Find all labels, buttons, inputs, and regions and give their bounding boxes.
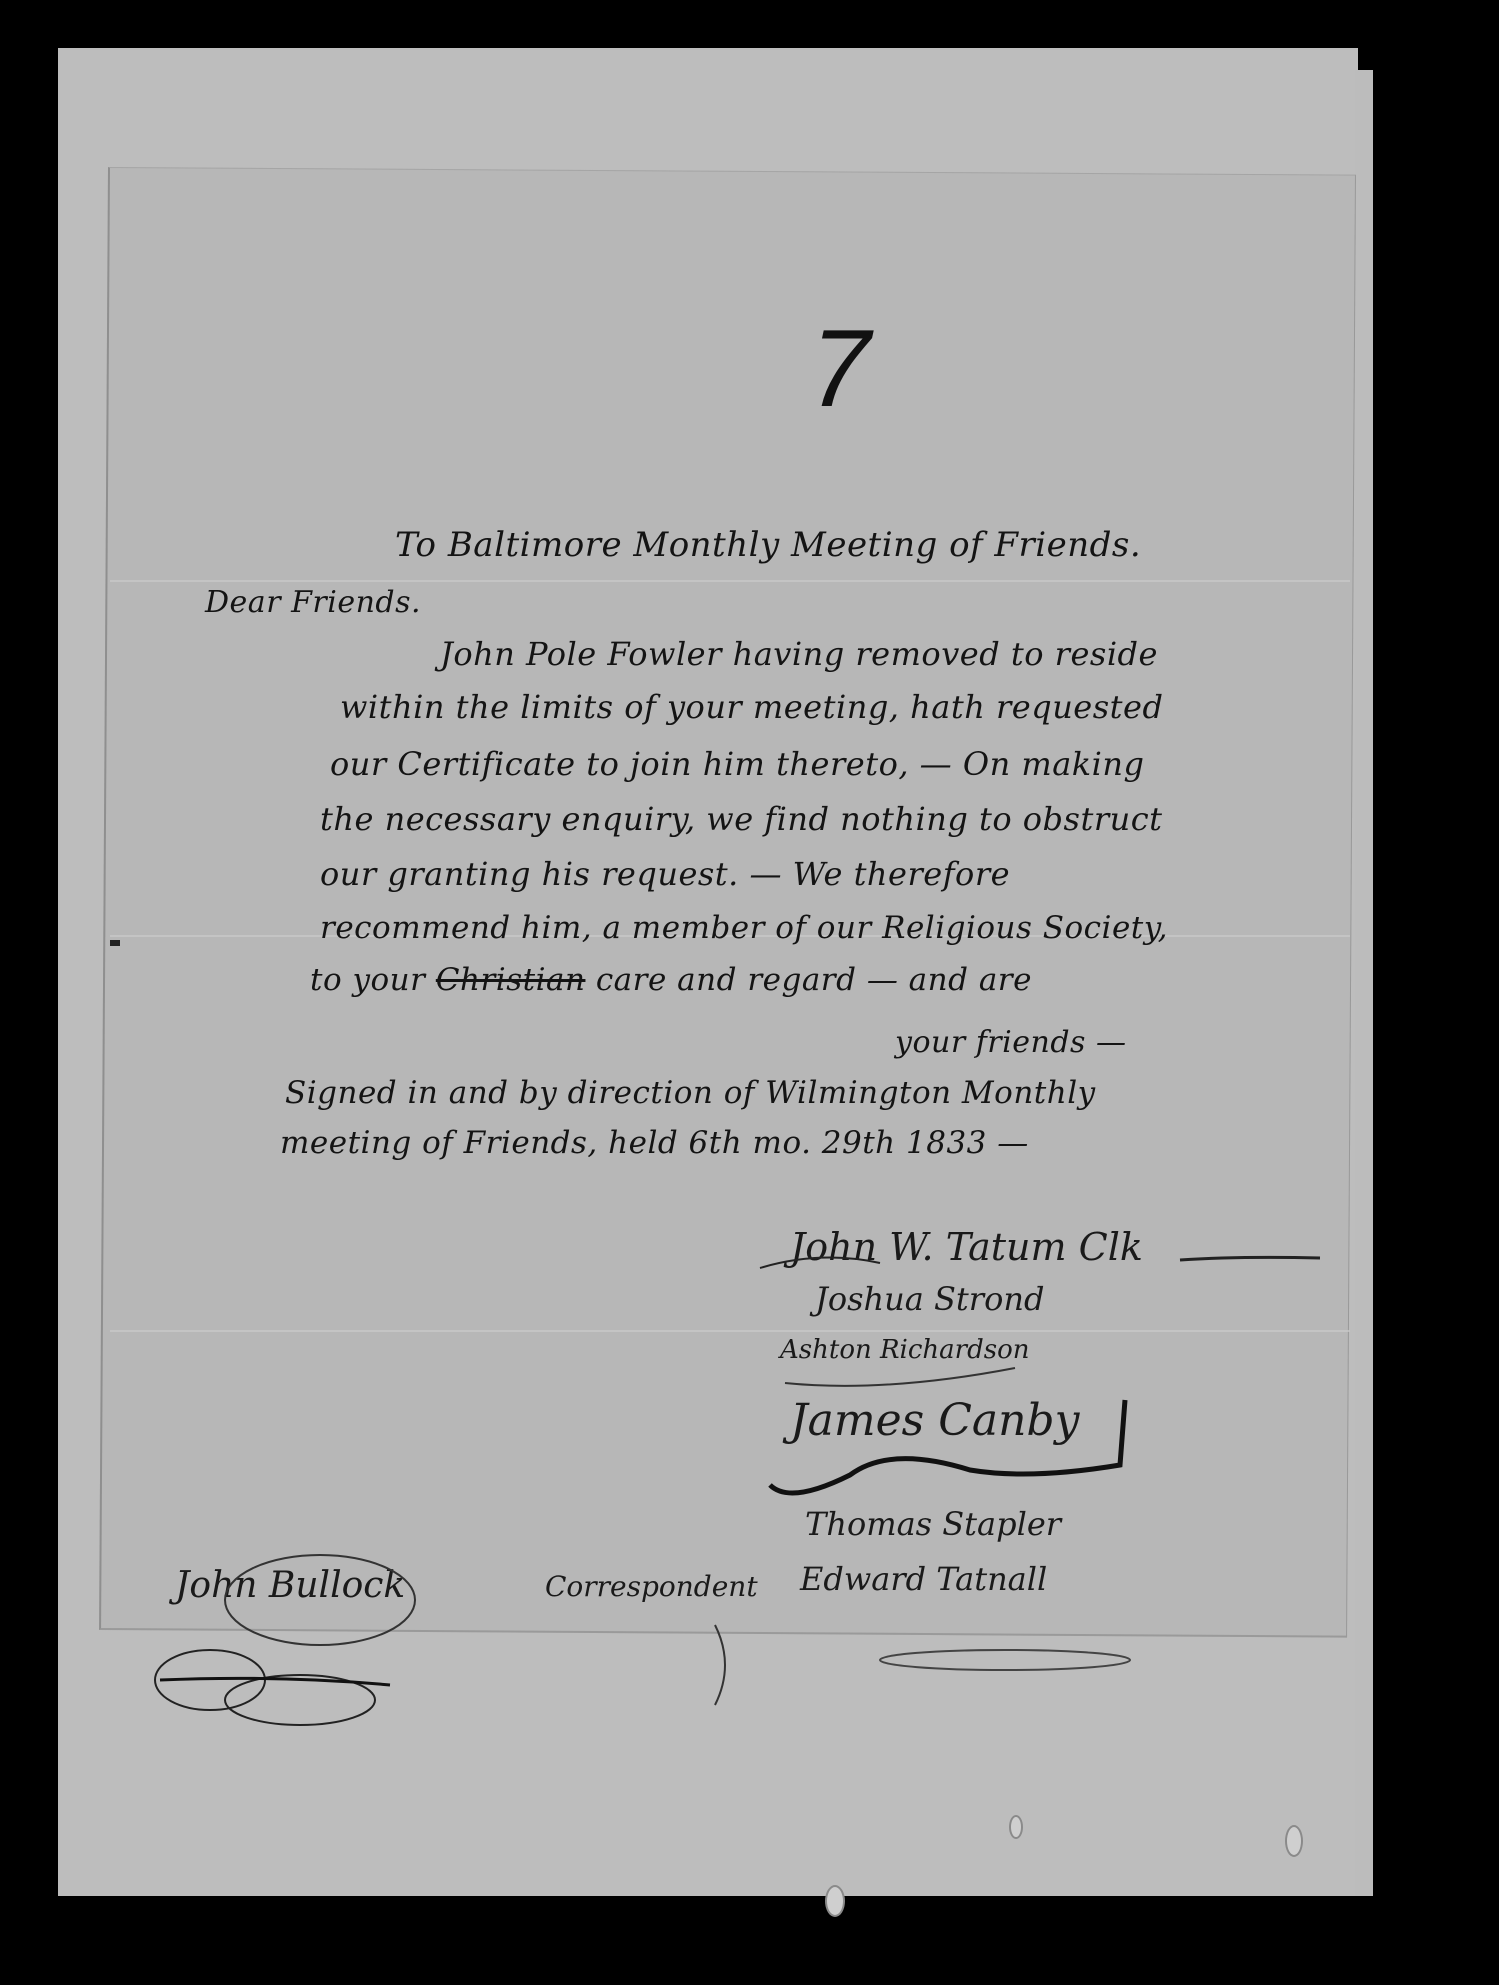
signature-flourishes bbox=[0, 0, 1499, 1985]
paper-stain bbox=[1285, 1825, 1303, 1857]
paper-stain bbox=[1009, 1815, 1023, 1839]
paper-stain bbox=[825, 1885, 845, 1917]
